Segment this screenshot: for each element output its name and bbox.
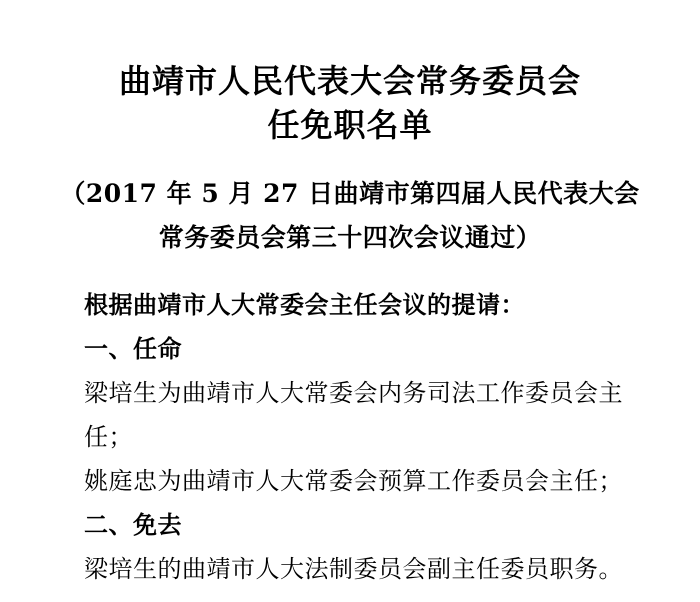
section-heading-removals: 二、免去	[84, 503, 650, 547]
document-title: 曲靖市人民代表大会常务委员会 任免职名单	[0, 59, 700, 147]
document-subtitle-line1: （2017 年 5 月 27 日曲靖市第四届人民代表大会	[0, 172, 700, 216]
appointment-item-1: 梁培生为曲靖市人大常委会内务司法工作委员会主任；	[84, 371, 650, 459]
document-page: 曲靖市人民代表大会常务委员会 任免职名单 （2017 年 5 月 27 日曲靖市…	[0, 0, 700, 602]
lead-in-paragraph: 根据曲靖市人大常委会主任会议的提请：	[84, 283, 650, 327]
removal-item-1: 梁培生的曲靖市人大法制委员会副主任委员职务。	[84, 547, 650, 591]
document-subtitle: （2017 年 5 月 27 日曲靖市第四届人民代表大会 常务委员会第三十四次会…	[0, 172, 700, 260]
section-heading-appointments: 一、任命	[84, 327, 650, 371]
appointment-item-2: 姚庭忠为曲靖市人大常委会预算工作委员会主任；	[84, 459, 650, 503]
document-title-line1: 曲靖市人民代表大会常务委员会	[0, 59, 700, 103]
document-title-line2: 任免职名单	[0, 103, 700, 147]
document-subtitle-line2: 常务委员会第三十四次会议通过）	[0, 216, 700, 260]
document-body: 根据曲靖市人大常委会主任会议的提请： 一、任命 梁培生为曲靖市人大常委会内务司法…	[0, 283, 700, 591]
